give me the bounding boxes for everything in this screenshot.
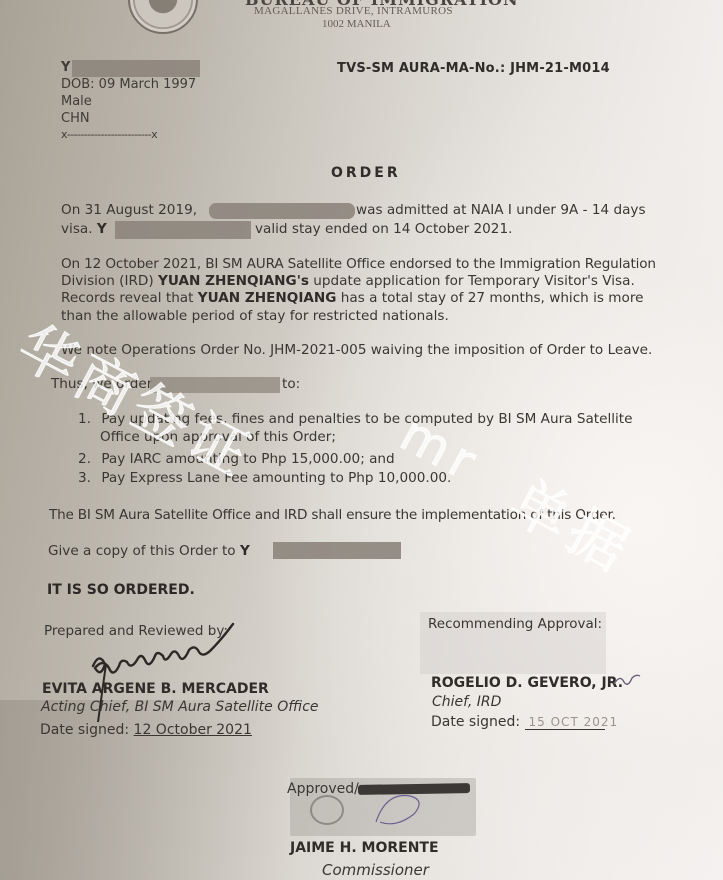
recommending-title: Chief, IRD <box>432 694 501 710</box>
order-item-3: 3. Pay Express Lane Fee amounting to Php… <box>78 470 451 486</box>
p2-line1: On 12 October 2021, BI SM AURA Satellite… <box>61 256 656 272</box>
redacted-name <box>115 221 251 239</box>
recommending-name: ROGELIO D. GEVERO, JR. <box>431 675 623 691</box>
order-item-text: Pay IARC amounting to Php 15,000.00; and <box>101 451 394 467</box>
approved-title: Commissioner <box>322 861 429 879</box>
subject-name-initial: Y <box>61 60 70 75</box>
order-item-text: Pay Express Lane Fee amounting to Php 10… <box>101 470 451 486</box>
p1-b: was admitted at NAIA I under 9A - 14 day… <box>356 202 646 218</box>
subject-nationality: CHN <box>61 111 90 126</box>
p2-name-bold: YUAN ZHENQIANG's <box>158 273 309 289</box>
order-item-1-continued: Office upon approval of this Order; <box>100 429 336 445</box>
redacted-name <box>150 377 280 393</box>
prepared-title: Acting Chief, BI SM Aura Satellite Offic… <box>41 699 319 715</box>
copy-to-text: Give a copy of this Order to <box>48 543 236 559</box>
bureau-seal-icon <box>128 0 198 34</box>
p2-line3: Records reveal that YUAN ZHENQIANG has a… <box>61 290 644 306</box>
reference-number: TVS-SM AURA-MA-No.: JHM-21-M014 <box>337 61 610 76</box>
p2-line3-b: has a total stay of 27 months, which is … <box>341 290 644 306</box>
p4-b: to: <box>282 376 300 392</box>
subject-separator: x-------------------------x <box>61 128 157 141</box>
p2-line3-a: Records reveal that <box>61 290 193 306</box>
closing-statement: IT IS SO ORDERED. <box>47 582 195 598</box>
approved-name: JAIME H. MORENTE <box>290 840 439 856</box>
initial-mark-icon <box>612 670 642 694</box>
recommending-label: Recommending Approval: <box>428 616 602 632</box>
order-item-text: Pay updating fees, fines and penalties t… <box>101 411 632 427</box>
p3: We note Operations Order No. JHM-2021-00… <box>61 342 652 358</box>
date-stamp: 15 OCT 2021 <box>525 715 605 730</box>
signature-morente <box>370 790 450 834</box>
recommending-date: Date signed: 15 OCT 2021 <box>431 714 605 730</box>
p1-d: valid stay ended on 14 October 2021. <box>255 221 512 237</box>
order-item-1: 1. Pay updating fees, fines and penaltie… <box>78 411 633 427</box>
p2-name-bold: YUAN ZHENQIANG <box>198 290 337 306</box>
p2-line2-b: update application for Temporary Visitor… <box>313 273 634 289</box>
redacted-name <box>273 542 401 559</box>
approval-seal-icon <box>310 795 344 825</box>
implementation-clause: The BI SM Aura Satellite Office and IRD … <box>49 507 616 523</box>
order-item-2: 2. Pay IARC amounting to Php 15,000.00; … <box>78 451 395 467</box>
p4-a: Thus, we order <box>51 376 152 392</box>
redacted-subject-name <box>72 60 200 77</box>
letterhead-address-line1: MAGALLANES DRIVE, INTRAMUROS <box>254 5 453 17</box>
copy-to-initial: Y <box>240 543 250 559</box>
date-value: 12 October 2021 <box>134 722 252 738</box>
subject-sex: Male <box>61 94 92 109</box>
p1-c: visa. Y <box>61 221 107 237</box>
approved-label: Approved/ <box>287 781 359 797</box>
p2-line2-a: Division (IRD) <box>61 273 154 289</box>
date-label: Date signed: <box>40 722 129 738</box>
p1-a: On 31 August 2019, <box>61 202 197 218</box>
p1-c-initial: Y <box>97 221 107 237</box>
date-label: Date signed: <box>431 714 520 730</box>
p2-line4: than the allowable period of stay for re… <box>61 308 449 324</box>
order-item-number: 3. <box>78 470 91 486</box>
order-item-number: 2. <box>78 451 91 467</box>
p1-c-text: visa. <box>61 221 93 237</box>
document-title: ORDER <box>331 165 401 181</box>
letterhead-address-line2: 1002 MANILA <box>322 18 391 30</box>
subject-dob: DOB: 09 March 1997 <box>61 77 196 92</box>
copy-to: Give a copy of this Order to Y <box>48 543 250 559</box>
redacted-name <box>209 203 355 219</box>
prepared-name: EVITA ARGENE B. MERCADER <box>42 681 269 697</box>
prepared-date: Date signed: 12 October 2021 <box>40 722 252 738</box>
p2-line2: Division (IRD) YUAN ZHENQIANG's update a… <box>61 273 635 289</box>
order-item-number: 1. <box>78 411 91 427</box>
